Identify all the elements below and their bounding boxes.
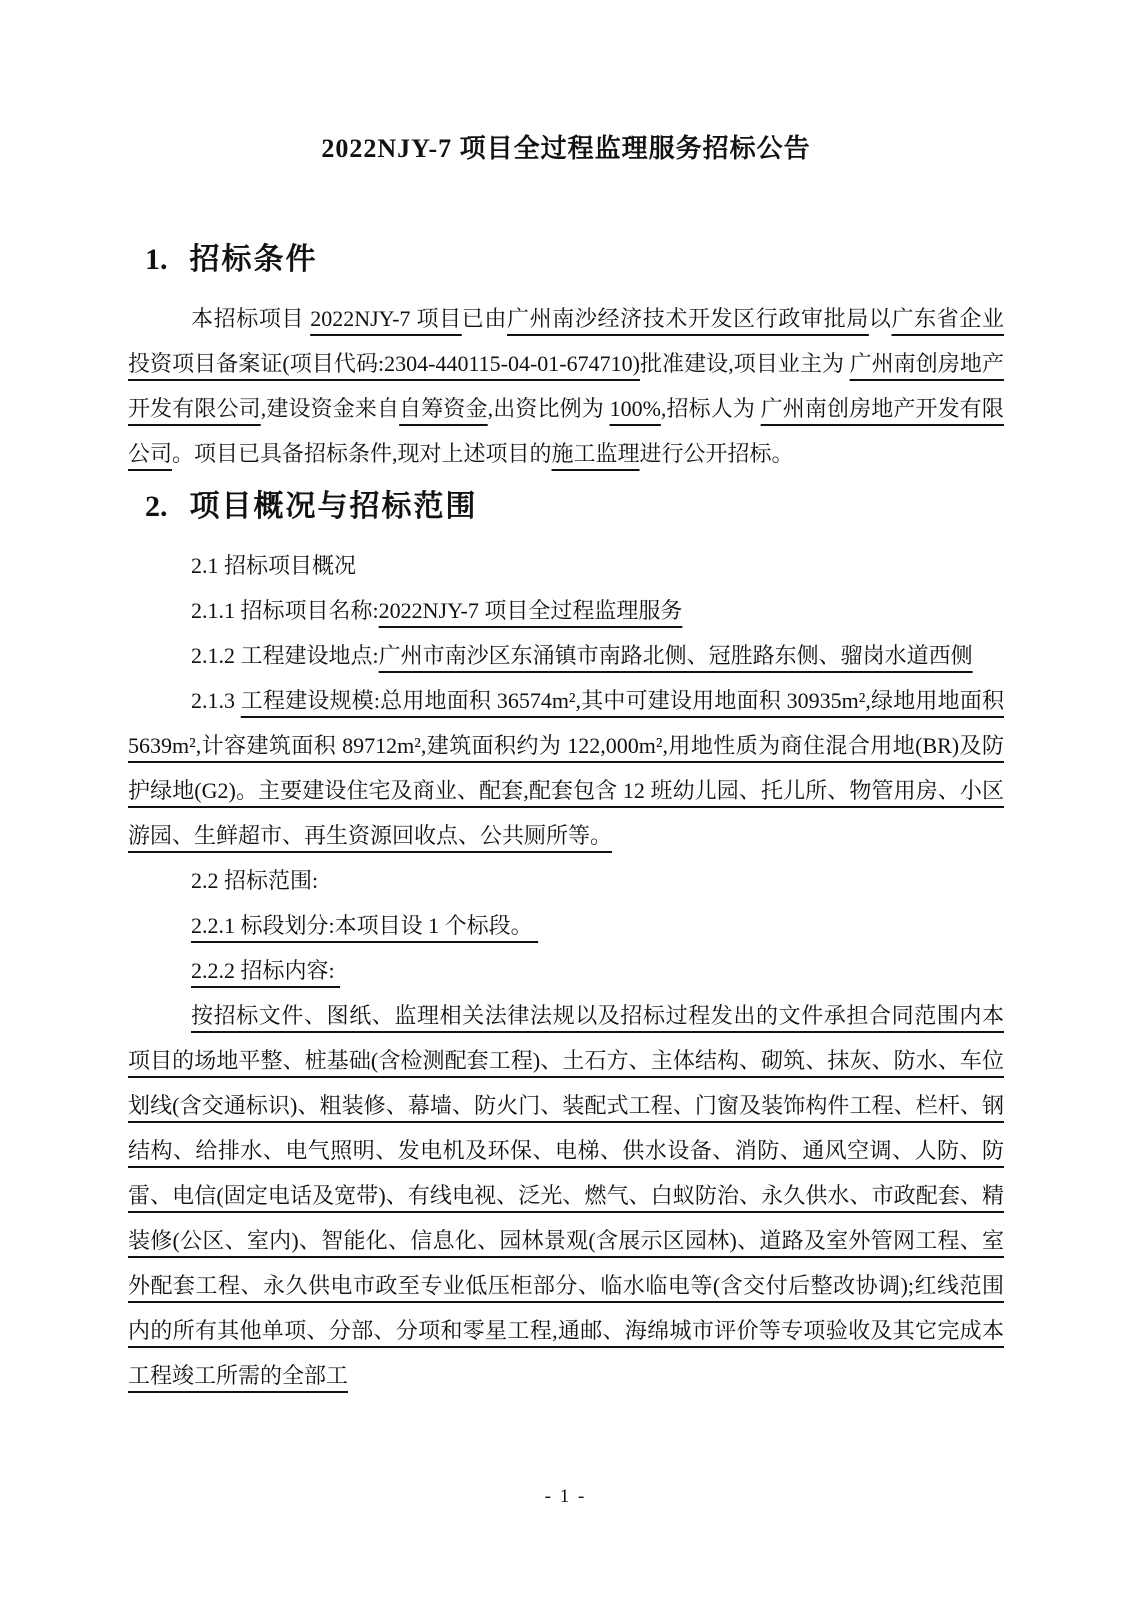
underlined-text-run: 工程建设规模:总用地面积 36574m²,其中可建设用地面积 30935m²,绿… — [128, 688, 1004, 848]
section-heading: 2.项目概况与招标范围 — [128, 484, 1004, 530]
text-run: 以 — [869, 306, 892, 331]
text-run: 。项目已具备招标条件,现对上述项目的 — [172, 441, 552, 466]
underlined-text-run: 100% — [610, 396, 661, 421]
underlined-text-run: 广州南沙经济技术开发区行政审批局 — [507, 306, 869, 331]
section-number: 2. — [145, 490, 168, 523]
document-content: 2022NJY-7 项目全过程监理服务招标公告 1.招标条件本招标项目 2022… — [128, 0, 1004, 1398]
section-number: 1. — [145, 243, 168, 276]
text-run: 2.1 招标项目概况 — [191, 553, 356, 578]
underlined-text-run: 2.2.2 招标内容: — [191, 958, 340, 983]
section-heading: 1.招标条件 — [128, 237, 1004, 283]
text-run: ,招标人为 — [661, 396, 761, 421]
paragraph: 2.1.3 工程建设规模:总用地面积 36574m²,其中可建设用地面积 309… — [128, 678, 1004, 858]
text-run: 2.2 招标范围: — [191, 868, 318, 893]
text-run: ,出资比例为 — [488, 396, 610, 421]
paragraph: 2.2.1 标段划分:本项目设 1 个标段。 — [128, 903, 1004, 948]
underlined-text-run: 施工监理 — [552, 441, 640, 466]
text-run: 进行公开招标。 — [640, 441, 794, 466]
text-run: 2.1.2 工程建设地点: — [191, 643, 379, 668]
paragraph: 本招标项目 2022NJY-7 项目已由广州南沙经济技术开发区行政审批局以广东省… — [128, 296, 1004, 476]
underlined-text-run: 自筹资金 — [399, 396, 488, 421]
paragraph: 2.1 招标项目概况 — [128, 543, 1004, 588]
document-page: 2022NJY-7 项目全过程监理服务招标公告 1.招标条件本招标项目 2022… — [0, 0, 1131, 1600]
paragraph: 2.1.1 招标项目名称:2022NJY-7 项目全过程监理服务 — [128, 588, 1004, 633]
text-run: 本招标项目 — [191, 306, 310, 331]
page-number: - 1 - — [0, 1486, 1131, 1508]
underlined-text-run: 2.2.1 标段划分:本项目设 1 个标段。 — [191, 913, 538, 938]
section-title: 项目概况与招标范围 — [190, 490, 478, 523]
paragraph: 按招标文件、图纸、监理相关法律法规以及招标过程发出的文件承担合同范围内本项目的场… — [128, 993, 1004, 1398]
text-run: 2.1.1 招标项目名称: — [191, 598, 379, 623]
underlined-text-run: 按招标文件、图纸、监理相关法律法规以及招标过程发出的文件承担合同范围内本项目的场… — [128, 1003, 1004, 1388]
text-run: 2.1.3 — [191, 688, 241, 713]
paragraph: 2.1.2 工程建设地点:广州市南沙区东涌镇市南路北侧、冠胜路东侧、骝岗水道西侧 — [128, 633, 1004, 678]
underlined-text-run: 广州市南沙区东涌镇市南路北侧、冠胜路东侧、骝岗水道西侧 — [379, 643, 973, 668]
paragraph: 2.2.2 招标内容: — [128, 948, 1004, 993]
paragraph: 2.2 招标范围: — [128, 858, 1004, 903]
document-title: 2022NJY-7 项目全过程监理服务招标公告 — [128, 130, 1004, 168]
underlined-text-run: 2022NJY-7 项目 — [310, 306, 462, 331]
document-body: 1.招标条件本招标项目 2022NJY-7 项目已由广州南沙经济技术开发区行政审… — [128, 237, 1004, 1398]
underlined-text-run: 2022NJY-7 项目全过程监理服务 — [379, 598, 683, 623]
text-run: 已由 — [462, 306, 507, 331]
section-title: 招标条件 — [190, 243, 318, 276]
text-run: 批准建设,项目业主为 — [640, 351, 850, 376]
text-run: ,建设资金来自 — [261, 396, 399, 421]
